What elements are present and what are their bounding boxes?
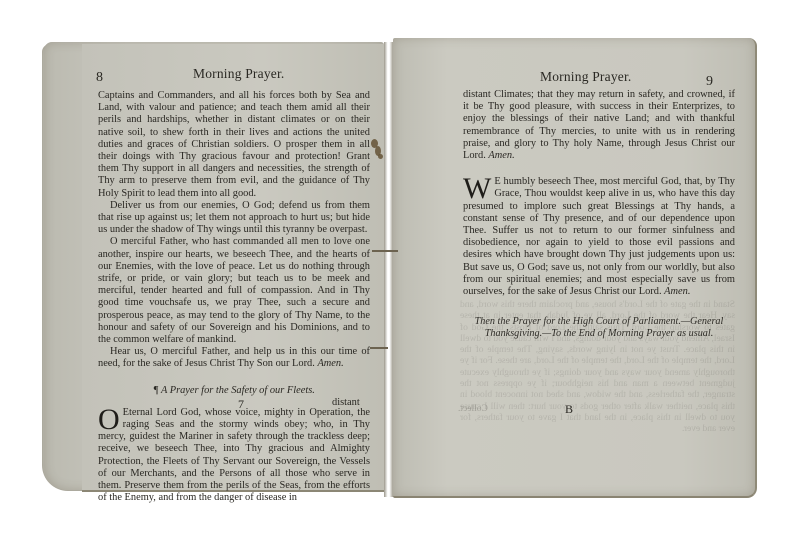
fleets-prayer: OEternal Lord God, whose voice, mighty i…: [98, 407, 370, 505]
open-pamphlet-photo: 8 Morning Prayer. Captains and Commander…: [0, 0, 800, 539]
drop-cap: W: [463, 176, 491, 202]
show-through-catchword: Collect.: [458, 404, 488, 415]
right-page-number: 9: [706, 74, 713, 90]
left-running-head: Morning Prayer.: [193, 66, 285, 82]
paragraph: O merciful Father, who hast commanded al…: [98, 236, 370, 346]
paragraph-text: Eternal Lord God, whose voice, mighty in…: [98, 407, 370, 503]
paragraph: Captains and Commanders, and all his for…: [98, 90, 370, 200]
drop-cap: O: [98, 407, 120, 433]
show-through-text: Stand in the gate of the Lord's house, a…: [460, 300, 735, 436]
amen-text: Amen.: [488, 150, 514, 161]
section-heading: ¶ A Prayer for the Safety of our Fleets.: [98, 385, 370, 397]
binding-stitch-top: [372, 250, 398, 252]
signature-mark: B: [565, 402, 573, 417]
small-caps: E: [494, 176, 500, 187]
left-page-body: Captains and Commanders, and all his for…: [98, 90, 370, 505]
right-running-head: Morning Prayer.: [540, 69, 632, 85]
book-gutter: [384, 42, 393, 497]
amen-text: Amen.: [664, 286, 690, 297]
paragraph-text: humbly beseech Thee, most merciful God, …: [463, 176, 735, 297]
paragraph: WE humbly beseech Thee, most merciful Go…: [463, 176, 735, 298]
paragraph: Deliver us from our enemies, O God; defe…: [98, 200, 370, 237]
left-page-number: 8: [96, 70, 103, 86]
ink-stain: [378, 154, 383, 159]
amen-text: Amen.: [317, 358, 343, 369]
catchword: distant: [332, 397, 360, 408]
paragraph: Hear us, O merciful Father, and help us …: [98, 346, 370, 370]
binding-stitch-bottom: [370, 347, 388, 349]
folio-signature: 7: [238, 397, 244, 412]
paragraph: distant Climates; that they may return i…: [463, 89, 735, 162]
